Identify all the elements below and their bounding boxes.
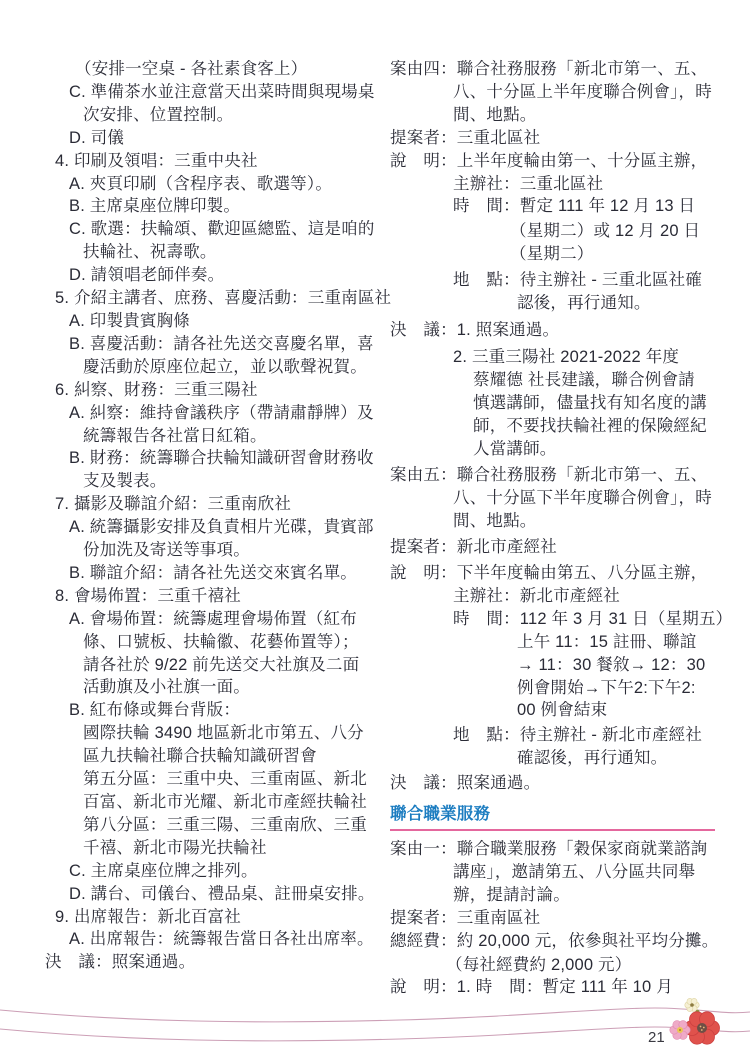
text-line: 提案者：新北市產經社 [390, 536, 715, 559]
text-line: 扶輪社、祝壽歌。 [45, 241, 390, 264]
text-line: B. 紅布條或舞台背版： [45, 699, 390, 722]
footer-wave-decoration [0, 990, 750, 1061]
text-line: 辦，提請討論。 [390, 884, 715, 907]
text-line: 地 點：待主辦社 - 新北市產經社 [390, 724, 715, 747]
text-line: 八、十分區下半年度聯合例會」，時 [390, 487, 715, 510]
text-line: 7. 攝影及聯誼介紹：三重南欣社 [45, 493, 390, 516]
text-line: 9. 出席報告：新北百富社 [45, 906, 390, 929]
text-line: 認後，再行通知。 [390, 292, 715, 315]
text-line: 案由一：聯合職業服務「穀保家商就業諮詢 [390, 838, 715, 861]
text-line: 統籌報告各社當日紅箱。 [45, 425, 390, 448]
text-line: 例會開始→下午2:下午2: [390, 677, 715, 700]
text-line: 4. 印刷及領唱：三重中央社 [45, 150, 390, 173]
text-line: 蔡耀德 社長建議，聯合例會請 [390, 369, 715, 392]
text-line: 條、口號板、扶輪徽、花藝佈置等）； [45, 631, 390, 654]
text-line: C. 主席桌座位牌之排列。 [45, 860, 390, 883]
text-line: 案由四：聯合社務服務「新北市第一、五、 [390, 58, 715, 81]
text-line: （星期二）或 12 月 20 日 [390, 220, 715, 243]
text-line: 人當講師。 [390, 438, 715, 461]
text-line: 主辦社：三重北區社 [390, 173, 715, 196]
section-heading: 聯合職業服務 [390, 803, 715, 831]
text-line: A. 統籌攝影安排及負責相片光碟，貴賓部 [45, 516, 390, 539]
left-column: （安排一空桌 - 各社素食客上）C. 準備茶水並注意當天出菜時間與現場桌次安排、… [45, 58, 390, 999]
text-line: 提案者：三重南區社 [390, 907, 715, 930]
text-line: 案由五：聯合社務服務「新北市第一、五、 [390, 464, 715, 487]
text-line: 八、十分區上半年度聯合例會」，時 [390, 81, 715, 104]
text-line: 決 議：1. 照案通過。 [390, 319, 715, 342]
text-line: 第五分區：三重中央、三重南區、新北 [45, 768, 390, 791]
text-line: 主辦社：新北市產經社 [390, 585, 715, 608]
text-line: 確認後，再行通知。 [390, 747, 715, 770]
text-line: 6. 糾察、財務：三重三陽社 [45, 379, 390, 402]
text-line: 說 明：上半年度輪由第一、十分區主辦， [390, 150, 715, 173]
text-line: B. 喜慶活動：請各社先送交喜慶名單，喜 [45, 333, 390, 356]
text-line: 百富、新北市光耀、新北市產經扶輪社 [45, 791, 390, 814]
text-line: 份加洗及寄送等事項。 [45, 539, 390, 562]
flower-pink-icon [670, 1021, 690, 1040]
text-line: D. 請領唱老師伴奏。 [45, 264, 390, 287]
text-line: 第八分區：三重三陽、三重南欣、三重 [45, 814, 390, 837]
text-line: C. 準備茶水並注意當天出菜時間與現場桌 [45, 81, 390, 104]
text-line: 地 點：待主辦社 - 三重北區社確 [390, 269, 715, 292]
text-line: 2. 三重三陽社 2021-2022 年度 [390, 346, 715, 369]
text-line: D. 講台、司儀台、禮品桌、註冊桌安排。 [45, 883, 390, 906]
text-line: 總經費：約 20,000 元，依參與社平均分攤。 [390, 930, 715, 953]
text-line: 間、地點。 [390, 104, 715, 127]
text-line: 間、地點。 [390, 510, 715, 533]
text-line: C. 歌選：扶輪頌、歡迎區總監、這是咱的 [45, 218, 390, 241]
text-line: B. 聯誼介紹：請各社先送交來賓名單。 [45, 562, 390, 585]
right-column: 案由四：聯合社務服務「新北市第一、五、八、十分區上半年度聯合例會」，時間、地點。… [390, 58, 715, 999]
text-line: （星期二） [390, 243, 715, 266]
text-line: B. 主席桌座位牌印製。 [45, 195, 390, 218]
text-line: 時 間：暫定 111 年 12 月 13 日 [390, 195, 715, 218]
text-line: 慶活動於原座位起立，並以歌聲祝賀。 [45, 356, 390, 379]
page-content: （安排一空桌 - 各社素食客上）C. 準備茶水並注意當天出菜時間與現場桌次安排、… [45, 58, 715, 999]
text-line: → 11：30 餐敘→ 12：30 [390, 654, 715, 677]
text-line: 時 間：112 年 3 月 31 日（星期五） [390, 608, 715, 631]
text-line: A. 會場佈置：統籌處理會場佈置（紅布 [45, 608, 390, 631]
text-line: A. 夾頁印刷（含程序表、歌選等）。 [45, 173, 390, 196]
text-line: 國際扶輪 3490 地區新北市第五、八分 [45, 722, 390, 745]
text-line: 師，不要找扶輪社裡的保險經紀 [390, 415, 715, 438]
text-line: D. 司儀 [45, 127, 390, 150]
text-line: 8. 會場佈置：三重千禧社 [45, 585, 390, 608]
text-line: 決 議：照案通過。 [390, 772, 715, 795]
text-line: A. 糾察：維持會議秩序（帶請肅靜牌）及 [45, 402, 390, 425]
text-line: 提案者：三重北區社 [390, 127, 715, 150]
text-line: 區九扶輪社聯合扶輪知識研習會 [45, 745, 390, 768]
text-line: 慎選講師，儘量找有知名度的講 [390, 392, 715, 415]
wave-divider [0, 1008, 750, 1041]
text-line: 活動旗及小社旗一面。 [45, 676, 390, 699]
text-line: 00 例會結束 [390, 699, 715, 722]
text-line: 支及製表。 [45, 470, 390, 493]
text-line: 千禧、新北市陽光扶輪社 [45, 837, 390, 860]
text-line: 說 明：下半年度輪由第五、八分區主辦， [390, 562, 715, 585]
text-line: （每社經費約 2,000 元） [390, 954, 715, 977]
text-line: 決 議：照案通過。 [45, 951, 390, 974]
text-line: A. 印製貴賓胸條 [45, 310, 390, 333]
text-line: B. 財務：統籌聯合扶輪知識研習會財務收 [45, 447, 390, 470]
document-page: （安排一空桌 - 各社素食客上）C. 準備茶水並注意當天出菜時間與現場桌次安排、… [0, 0, 750, 1061]
text-line: 講座」，邀請第五、八分區共同舉 [390, 861, 715, 884]
text-line: A. 出席報告：統籌報告當日各社出席率。 [45, 928, 390, 951]
text-line: 次安排、位置控制。 [45, 104, 390, 127]
text-line: 5. 介紹主講者、庶務、喜慶活動：三重南區社 [45, 287, 390, 310]
text-line: 請各社於 9/22 前先送交大社旗及二面 [45, 654, 390, 677]
page-number: 21 [648, 1029, 665, 1046]
text-line: 上午 11：15 註冊、聯誼 [390, 631, 715, 654]
text-line: （安排一空桌 - 各社素食客上） [45, 58, 390, 81]
